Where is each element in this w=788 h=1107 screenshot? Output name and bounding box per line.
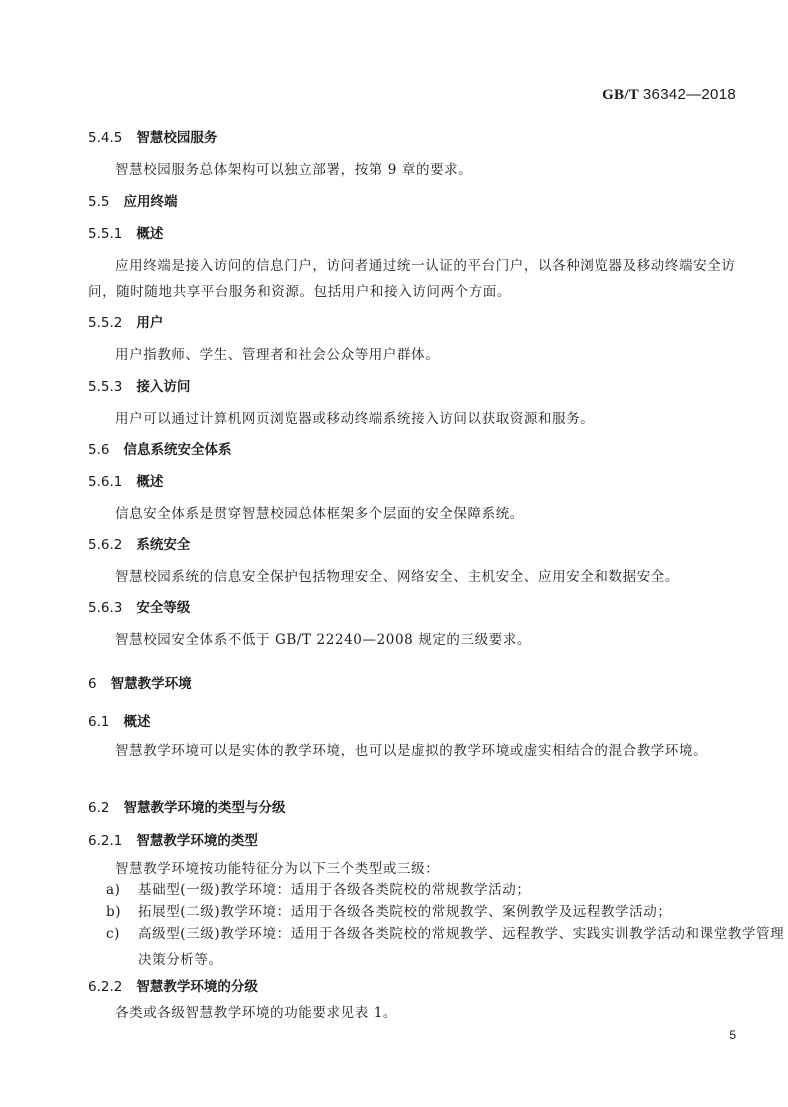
paragraph-5-5-3: 用户可以通过计算机网页浏览器或移动终端系统接入访问以获取资源和服务。	[88, 406, 738, 432]
heading-5-6-2: 5.6.2系统安全	[88, 533, 738, 553]
section-title: 信息系统安全体系	[123, 442, 231, 458]
section-number: 6.1	[88, 714, 109, 730]
section-number: 5.6	[88, 442, 109, 458]
heading-6-1: 6.1概述	[88, 710, 738, 730]
section-number: 5.5.2	[88, 315, 122, 331]
list-marker: c)	[106, 921, 138, 947]
paragraph-5-6-1: 信息安全体系是贯穿智慧校园总体框架多个层面的安全保障系统。	[88, 501, 738, 527]
heading-5-5: 5.5应用终端	[88, 190, 738, 210]
standard-prefix: GB/T	[602, 87, 639, 103]
list-item-c: c)高级型(三级)教学环境：适用于各级各类院校的常规教学、远程教学、实践实训教学…	[88, 921, 788, 973]
section-title: 概述	[136, 474, 163, 490]
section-title: 智慧校园服务	[136, 130, 217, 146]
section-title: 智慧教学环境的类型与分级	[123, 800, 285, 816]
section-title: 概述	[123, 714, 150, 730]
paragraph-5-6-3: 智慧校园安全体系不低于 GB/T 22240—2008 规定的三级要求。	[88, 627, 738, 653]
list-text: 基础型(一级)教学环境：适用于各级各类院校的常规教学活动；	[138, 882, 530, 898]
paragraph-5-5-2: 用户指教师、学生、管理者和社会公众等用户群体。	[88, 342, 738, 368]
section-number: 6.2.1	[88, 833, 122, 849]
heading-5-6-3: 5.6.3安全等级	[88, 596, 738, 616]
section-title: 应用终端	[123, 194, 177, 210]
paragraph-5-5-1: 应用终端是接入访问的信息门户，访问者通过统一认证的平台门户，以各种浏览器及移动终…	[88, 253, 738, 305]
section-number: 5.5.3	[88, 379, 122, 395]
heading-5-6-1: 5.6.1概述	[88, 470, 738, 490]
paragraph-6-1: 智慧教学环境可以是实体的教学环境，也可以是虚拟的教学环境或虚实相结合的混合教学环…	[88, 738, 738, 764]
heading-6-2: 6.2智慧教学环境的类型与分级	[88, 796, 738, 816]
section-number: 5.4.5	[88, 130, 122, 146]
document-header: GB/T 36342—2018	[602, 86, 736, 104]
section-number: 5.6.1	[88, 474, 122, 490]
section-number: 5.6.2	[88, 537, 122, 553]
heading-5-5-2: 5.5.2用户	[88, 311, 738, 331]
section-number: 5.5	[88, 194, 109, 210]
section-title: 系统安全	[136, 537, 190, 553]
section-title: 用户	[136, 315, 163, 331]
heading-6-2-1: 6.2.1智慧教学环境的类型	[88, 829, 738, 849]
section-title: 概述	[136, 226, 163, 242]
section-number: 6.2.2	[88, 979, 122, 995]
heading-5-6: 5.6信息系统安全体系	[88, 438, 738, 458]
section-number: 5.6.3	[88, 600, 122, 616]
standard-number: 36342—2018	[643, 86, 736, 103]
paragraph-5-6-2: 智慧校园系统的信息安全保护包括物理安全、网络安全、主机安全、应用安全和数据安全。	[88, 564, 738, 590]
heading-5-5-1: 5.5.1概述	[88, 222, 738, 242]
section-title: 接入访问	[136, 379, 190, 395]
heading-6-2-2: 6.2.2智慧教学环境的分级	[88, 975, 738, 995]
paragraph-5-4-5: 智慧校园服务总体架构可以独立部署，按第 9 章的要求。	[88, 157, 738, 183]
section-number: 5.5.1	[88, 226, 122, 242]
section-title: 智慧教学环境的分级	[136, 979, 258, 995]
section-title: 智慧教学环境的类型	[136, 833, 258, 849]
section-number: 6	[88, 676, 97, 692]
heading-5-4-5: 5.4.5智慧校园服务	[88, 126, 738, 146]
list-text: 高级型(三级)教学环境：适用于各级各类院校的常规教学、远程教学、实践实训教学活动…	[138, 926, 784, 968]
list-text: 拓展型(二级)教学环境：适用于各级各类院校的常规教学、案例教学及远程教学活动；	[138, 904, 671, 920]
heading-6: 6智慧教学环境	[88, 672, 738, 692]
paragraph-6-2-2: 各类或各级智慧教学环境的功能要求见表 1。	[88, 1000, 738, 1026]
page-number: 5	[729, 1028, 736, 1042]
section-number: 6.2	[88, 800, 109, 816]
section-title: 智慧教学环境	[111, 676, 192, 692]
section-title: 安全等级	[136, 600, 190, 616]
heading-5-5-3: 5.5.3接入访问	[88, 375, 738, 395]
